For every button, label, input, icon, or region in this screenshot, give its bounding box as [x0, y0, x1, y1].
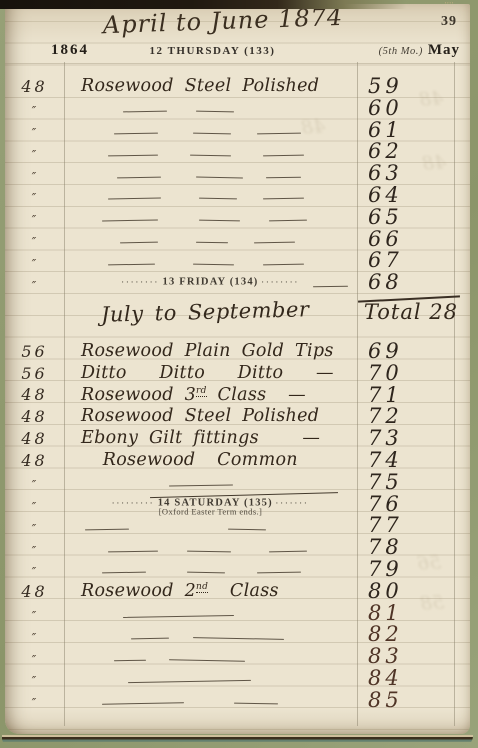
ditto-mark: ″ — [5, 557, 64, 582]
quantity-cell: 48 — [5, 385, 64, 405]
binding-marks: '''' — [445, 1, 454, 9]
ledger-row: ″62 — [5, 141, 460, 163]
ledger-row: ″60 — [5, 98, 460, 120]
entry-number-cell: 78 — [357, 537, 460, 559]
description-cell: Rosewood Plain Gold Tips — [64, 341, 357, 363]
section-subtitle: July to September — [101, 294, 310, 329]
quantity-cell: 48 — [5, 407, 64, 427]
entry-number-cell: 66 — [357, 229, 460, 251]
scanned-diary-page: '''' April to June 1874 39 1864 12 THURS… — [0, 0, 478, 748]
ruled-dash — [269, 550, 307, 552]
ruled-dash — [169, 485, 233, 488]
ledger-row: ″65 — [5, 207, 460, 229]
ledger-row: ″64 — [5, 185, 460, 207]
book-top-edge — [0, 0, 478, 9]
description-cell: Rosewood Common — [64, 450, 357, 472]
ledger-row: 48Ebony Gilt fittings —73 — [5, 428, 460, 450]
ledger-row: ″83 — [5, 646, 460, 668]
ledger-row: 48Rosewood Steel Polished72 — [5, 406, 460, 428]
quantity-cell: 48 — [5, 77, 64, 97]
ledger-row: ″81 — [5, 603, 460, 625]
entry-number-cell: 63 — [357, 163, 460, 185]
entry-number-cell: 64 — [357, 185, 460, 207]
description-cell: Ditto Ditto Ditto — — [64, 363, 357, 385]
description-cell — [64, 646, 357, 668]
entry-number-cell: 76 — [357, 494, 460, 516]
entry-number-cell: 80 — [357, 581, 460, 603]
entry-number-cell: 65 — [357, 207, 460, 229]
entry-number-cell: 72 — [357, 406, 460, 428]
entry-number-cell: 61 — [357, 120, 460, 142]
description-cell — [64, 185, 357, 207]
printed-month: (5th Mo.)May — [379, 42, 460, 59]
ruled-dash — [187, 550, 231, 552]
entry-number-cell: 69 — [357, 341, 460, 363]
ruled-dash — [196, 176, 243, 178]
ruled-dash — [196, 111, 234, 113]
entry-number-cell: 68 — [357, 272, 460, 294]
ledger-row: 56Rosewood Plain Gold Tips69 — [5, 341, 460, 363]
entry-number-cell: 84 — [357, 668, 460, 690]
ruled-dash — [120, 242, 158, 244]
description-cell: Rosewood Steel Polished — [64, 76, 357, 98]
ruled-dash — [257, 572, 301, 574]
entry-number-cell: 70 — [357, 363, 460, 385]
ruled-dash — [123, 111, 167, 113]
day-divider: .........14 SATURDAY (135).......[Oxford… — [72, 490, 349, 515]
description-cell — [64, 515, 357, 537]
entry-number-cell: 73 — [357, 428, 460, 450]
description-cell: ........13 FRIDAY (134)........ — [64, 272, 357, 294]
ledger-page: April to June 1874 39 1864 12 THURSDAY (… — [5, 4, 470, 734]
ledger-row: 56Ditto Ditto Ditto —70 — [5, 363, 460, 385]
ruled-dash — [108, 154, 158, 156]
ruled-dash — [254, 242, 295, 244]
ruled-dash — [117, 176, 161, 178]
ruled-dash — [84, 528, 128, 530]
ruled-dash — [169, 659, 245, 662]
entry-number-cell: 71 — [357, 385, 460, 407]
description-cell — [64, 141, 357, 163]
description-cell — [64, 624, 357, 646]
entry-number-cell: 62 — [357, 141, 460, 163]
divider-dots-right: ........ — [261, 275, 299, 285]
description-cell — [64, 98, 357, 120]
description-cell — [64, 603, 357, 625]
divider-label: 13 FRIDAY (134) — [163, 277, 259, 288]
ledger-rows: 48Rosewood Steel Polished59″60″61″62″63″… — [5, 76, 460, 712]
ledger-row: 48Rosewood 3rd Class —71 — [5, 385, 460, 407]
ruled-dash — [123, 615, 234, 618]
ledger-row: ″61 — [5, 120, 460, 142]
entry-number-cell: 59 — [357, 76, 460, 98]
ruled-dash — [199, 198, 237, 200]
ruled-dash — [193, 263, 234, 265]
ruled-dash — [102, 572, 146, 574]
ledger-row: ″77 — [5, 515, 460, 537]
ruled-dash — [108, 198, 161, 200]
quantity-cell: 48 — [5, 451, 64, 471]
entry-number-cell: 77 — [357, 515, 460, 537]
ruled-dash — [263, 264, 304, 266]
ledger-row: ″.........14 SATURDAY (135).......[Oxfor… — [5, 494, 460, 516]
ruled-dash — [263, 198, 304, 200]
ruled-dash — [131, 637, 169, 639]
entry-number-cell: 75 — [357, 472, 460, 494]
ruled-dash — [108, 263, 155, 265]
ruled-dash — [199, 220, 240, 222]
entry-number-cell: 74 — [357, 450, 460, 472]
ruled-dash — [234, 703, 278, 705]
quantity-cell: 48 — [5, 429, 64, 449]
description-cell — [64, 559, 357, 581]
ledger-row: 48Rosewood Steel Polished59 — [5, 76, 460, 98]
ruled-dash — [114, 659, 146, 661]
ledger-row: ″82 — [5, 624, 460, 646]
ledger-row: ″85 — [5, 690, 460, 712]
ruled-dash — [102, 703, 184, 706]
ruled-dash — [228, 528, 266, 530]
ditto-mark: ″ — [5, 688, 64, 713]
ruled-dash — [108, 550, 158, 552]
ledger-row: ″........13 FRIDAY (134)........68 — [5, 272, 460, 294]
divider-dots-left: ........ — [122, 275, 160, 285]
description-cell — [64, 229, 357, 251]
ruled-dash — [263, 155, 304, 157]
ledger-row: 48 Rosewood Common74 — [5, 450, 460, 472]
entry-number-cell: 81 — [357, 603, 460, 625]
quantity-cell: 56 — [5, 364, 64, 384]
ruled-dash — [266, 176, 301, 178]
description-cell — [64, 207, 357, 229]
ruled-dash — [196, 242, 228, 244]
entry-number-cell: 67 — [357, 250, 460, 272]
ledger-row: ″78 — [5, 537, 460, 559]
entry-number-cell: 60 — [357, 98, 460, 120]
ruled-dash — [193, 637, 284, 640]
ruled-dash — [193, 133, 231, 135]
ruled-dash — [257, 133, 301, 135]
ditto-mark: ″ — [5, 271, 64, 296]
page-number: 39 — [441, 14, 457, 30]
ruled-dash — [114, 133, 158, 135]
printed-day-heading: 12 THURSDAY (133) — [65, 45, 360, 57]
ruled-dash — [269, 220, 307, 222]
description-cell — [64, 668, 357, 690]
ruled-dash — [190, 154, 231, 156]
day-divider: ........13 FRIDAY (134)........ — [72, 269, 349, 294]
ledger-row: ″79 — [5, 559, 460, 581]
entry-number-cell: 79 — [357, 559, 460, 581]
ruled-dash — [128, 680, 251, 684]
section-row: July to SeptemberTotal 28 — [5, 294, 460, 341]
ledger-row: 48Rosewood 2nd Class80 — [5, 581, 460, 603]
ledger-row: ″63 — [5, 163, 460, 185]
entry-number-cell: 83 — [357, 646, 460, 668]
description-cell — [64, 163, 357, 185]
section-total: Total 28 — [364, 297, 458, 327]
description-cell: Rosewood 2nd Class — [64, 581, 357, 603]
quantity-cell: 48 — [5, 582, 64, 602]
month-ordinal-prefix: (5th Mo.) — [379, 46, 423, 57]
description-cell — [64, 537, 357, 559]
description-cell: .........14 SATURDAY (135).......[Oxford… — [64, 494, 357, 516]
ruled-dash — [102, 220, 158, 222]
quantity-cell: 56 — [5, 342, 64, 362]
entry-number-cell: 85 — [357, 690, 460, 712]
printed-header: 1864 12 THURSDAY (133) (5th Mo.)May — [5, 39, 470, 64]
ruled-dash — [187, 572, 225, 574]
description-cell — [64, 120, 357, 142]
book-bottom-edge — [2, 735, 473, 746]
entry-number-cell: 82 — [357, 624, 460, 646]
description-cell: Ebony Gilt fittings — — [64, 428, 357, 450]
ledger-row: ″66 — [5, 229, 460, 251]
description-cell — [64, 690, 357, 712]
description-cell: Rosewood Steel Polished — [64, 406, 357, 428]
ledger-row: ″84 — [5, 668, 460, 690]
month-name: May — [428, 42, 460, 58]
description-cell: Rosewood 3rd Class — — [64, 385, 357, 407]
